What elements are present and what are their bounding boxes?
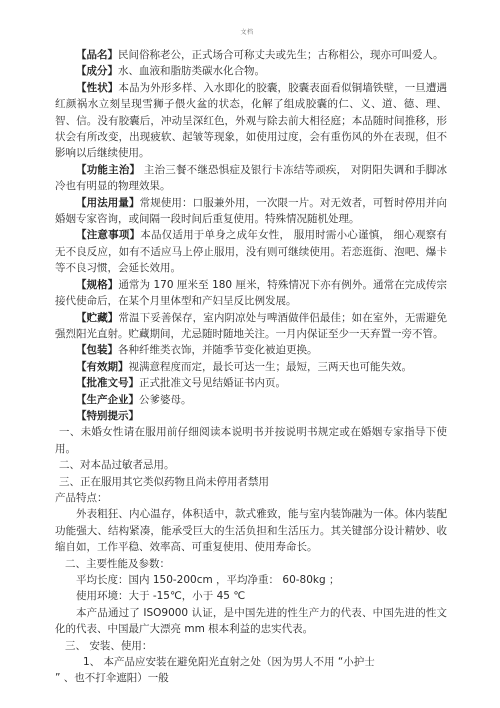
section-label: 【贮藏】 xyxy=(76,312,118,324)
section-label: 【用法用量】 xyxy=(76,197,140,209)
paragraph-text: 一、未婚女性请在服用前仔细阅读本说明书并按说明书规定或在婚姻专家指导下使用。 xyxy=(55,426,447,454)
doc-paragraph: 【功能主治】 主治三餐不继恐惧症及银行卡冻结等顽疾， 对阴阳失调和手脚冰冷也有明… xyxy=(55,162,447,195)
paragraph-text: 使用环境：大于 -15℃，小于 45 ℃ xyxy=(76,590,245,602)
section-label: 【有效期】 xyxy=(76,361,129,373)
doc-paragraph: 【成分】水、血液和脂肪类碳水化合物。 xyxy=(55,63,447,79)
doc-paragraph: 二、对本品过敏者忌用。 xyxy=(55,457,447,473)
doc-paragraph: 一、未婚女性请在服用前仔细阅读本说明书并按说明书规定或在婚姻专家指导下使用。 xyxy=(55,424,447,457)
doc-paragraph: 二、主要性能及参数： xyxy=(55,556,447,572)
doc-paragraph: 【品名】民间俗称老公，正式场合可称丈夫或先生；古称相公，现亦可叫爱人。 xyxy=(55,47,447,63)
doc-paragraph: 本产品通过了 ISO9000 认证，是中国先进的性生产力的代表、中国先进的性文化… xyxy=(55,605,447,638)
paragraph-text: 民间俗称老公，正式场合可称丈夫或先生；古称相公，现亦可叫爱人。 xyxy=(118,49,444,61)
doc-paragraph: 【包装】各种纤维类衣饰，并随季节变化被迫更换。 xyxy=(55,342,447,358)
paragraph-text: 二、对本品过敏者忌用。 xyxy=(59,459,175,471)
doc-paragraph: 三、正在服用其它类似药物且尚未停用者禁用 xyxy=(55,474,447,490)
doc-paragraph: 【注意事项】本品仅适用于单身之成年女性， 服用时需小心谨慎， 细心观察有无不良反… xyxy=(55,227,447,276)
paragraph-text: 正式批准文号见结婚证书内页。 xyxy=(139,377,286,389)
document-body: 【品名】民间俗称老公，正式场合可称丈夫或先生；古称相公，现亦可叫爱人。【成分】水… xyxy=(55,47,447,687)
paragraph-text: 1、 本产品应安装在避免阳光直射之处（因为男人不用 “小护士 xyxy=(83,656,375,668)
doc-paragraph: ” 、也不打伞遮阳）一般 xyxy=(55,670,447,686)
doc-paragraph: 三、 安装、使用： xyxy=(55,638,447,654)
paragraph-text: 外表粗狂、内心温存，体积适中，款式雅致，能与室内装饰融为一体。体内装配功能强大、… xyxy=(55,508,447,553)
doc-paragraph: 【贮藏】常温下妥善保存，室内阴凉处与啤酒做伴侣最佳；如在室外，无需避免强烈阳光直… xyxy=(55,310,447,343)
doc-paragraph: 【有效期】视满意程度而定，最长可达一生；最短，三两天也可能失效。 xyxy=(55,359,447,375)
paragraph-text: 平均长度：国内 150-200cm ，平均净重： 60-80kg ； xyxy=(76,574,339,586)
section-label: 【功能主治】 xyxy=(76,164,140,176)
section-label: 【成分】 xyxy=(76,65,118,77)
paragraph-text: 水、血液和脂肪类碳水化合物。 xyxy=(118,65,265,77)
doc-paragraph: 使用环境：大于 -15℃，小于 45 ℃ xyxy=(55,588,447,604)
doc-paragraph: 平均长度：国内 150-200cm ，平均净重： 60-80kg ； xyxy=(55,572,447,588)
section-label: 【特别提示】 xyxy=(76,410,139,422)
paragraph-text: 公爹婆母。 xyxy=(139,394,192,406)
doc-paragraph: 【用法用量】常规使用：口服兼外用，一次限一片。对无效者，可暂时停用并向婚姻专家咨… xyxy=(55,195,447,228)
section-label: 【性状】 xyxy=(76,82,118,94)
section-label: 【批准文号】 xyxy=(76,377,139,389)
doc-paragraph: 产品特点： xyxy=(55,490,447,506)
paragraph-text: ” 、也不打伞遮阳）一般 xyxy=(55,672,169,684)
page-header-mark: 文档 xyxy=(0,27,494,36)
section-label: 【品名】 xyxy=(76,49,118,61)
doc-paragraph: 外表粗狂、内心温存，体积适中，款式雅致，能与室内装饰融为一体。体内装配功能强大、… xyxy=(55,506,447,555)
doc-paragraph: 【生产企业】公爹婆母。 xyxy=(55,392,447,408)
paragraph-text: 产品特点： xyxy=(55,492,108,504)
paragraph-text: 三、正在服用其它类似药物且尚未停用者禁用 xyxy=(59,476,269,488)
paragraph-text: 各种纤维类衣饰，并随季节变化被迫更换。 xyxy=(118,344,318,356)
doc-paragraph: 【规格】通常为 170 厘米至 180 厘米，特殊情况下亦有例外。通常在完成传宗… xyxy=(55,277,447,310)
paragraph-text: 视满意程度而定，最长可达一生；最短，三两天也可能失效。 xyxy=(129,361,413,373)
paragraph-text: 二、主要性能及参数： xyxy=(65,558,170,570)
section-label: 【注意事项】 xyxy=(76,229,140,241)
paragraph-text: 本产品通过了 ISO9000 认证，是中国先进的性生产力的代表、中国先进的性文化… xyxy=(55,607,447,635)
paragraph-text: 三、 安装、使用： xyxy=(65,640,152,652)
doc-paragraph: 1、 本产品应安装在避免阳光直射之处（因为男人不用 “小护士 xyxy=(55,654,447,670)
section-label: 【规格】 xyxy=(76,279,118,291)
doc-paragraph: 【批准文号】正式批准文号见结婚证书内页。 xyxy=(55,375,447,391)
section-label: 【生产企业】 xyxy=(76,394,139,406)
doc-paragraph: 【性状】本品为外形多样、入水即化的胶囊，胶囊表面看似铜墙铁壁，一旦遭遇红颜祸水立… xyxy=(55,80,447,162)
section-label: 【包装】 xyxy=(76,344,118,356)
document-page: 文档 【品名】民间俗称老公，正式场合可称丈夫或先生；古称相公，现亦可叫爱人。【成… xyxy=(0,0,500,708)
doc-paragraph: 【特别提示】 xyxy=(55,408,447,424)
